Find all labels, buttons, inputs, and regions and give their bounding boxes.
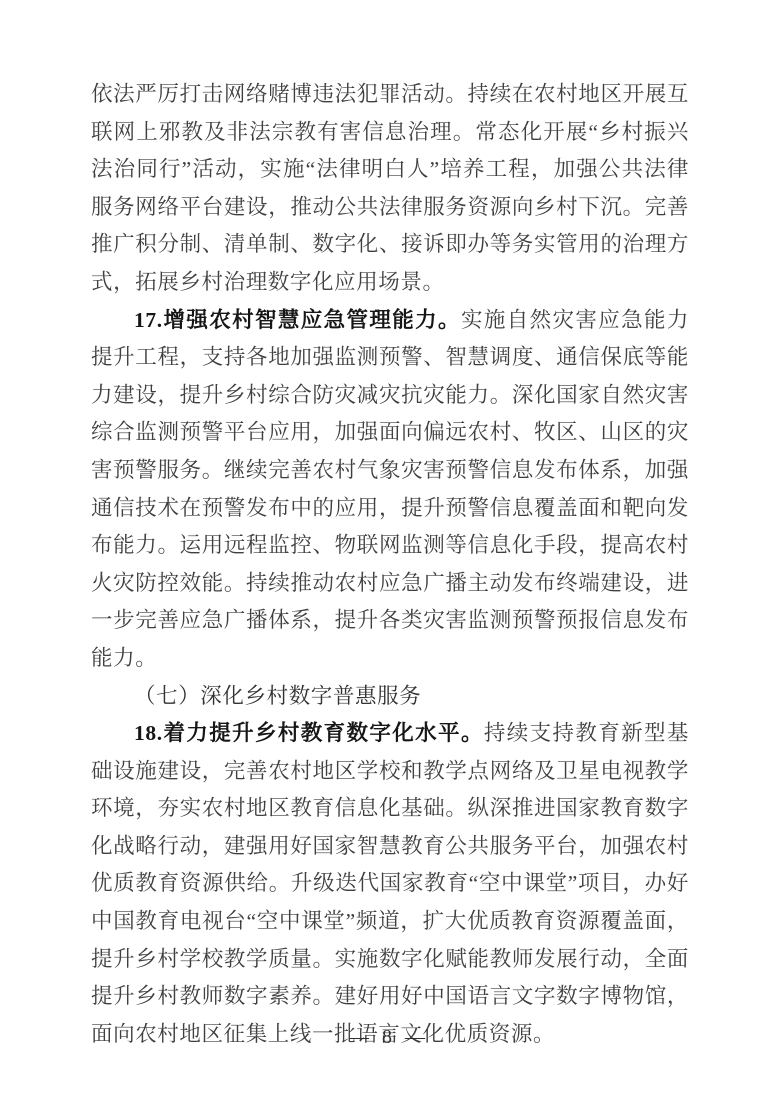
document-body: 依法严厉打击网络赌博违法犯罪活动。持续在农村地区开展互联网上邪教及非法宗教有害信…: [91, 76, 689, 1053]
paragraph-continuation-text: 依法严厉打击网络赌博违法犯罪活动。持续在农村地区开展互联网上邪教及非法宗教有害信…: [91, 82, 689, 294]
page-number-label: — 8 —: [349, 1026, 429, 1048]
item-18-text: 持续支持教育新型基础设施建设，完善农村地区学校和教学点网络及卫星电视教学环境，夯…: [91, 721, 689, 1046]
page-footer: — 8 —: [0, 1026, 778, 1049]
document-page: 依法严厉打击网络赌博违法犯罪活动。持续在农村地区开展互联网上邪教及非法宗教有害信…: [0, 0, 778, 1101]
paragraph-continuation: 依法严厉打击网络赌博违法犯罪活动。持续在农村地区开展互联网上邪教及非法宗教有害信…: [91, 76, 689, 302]
paragraph-item-17: 17.增强农村智慧应急管理能力。实施自然灾害应急能力提升工程，支持各地加强监测预…: [91, 302, 689, 678]
section-heading-text: （七）深化乡村数字普惠服务: [134, 684, 421, 708]
paragraph-item-18: 18.着力提升乡村教育数字化水平。持续支持教育新型基础设施建设，完善农村地区学校…: [91, 715, 689, 1053]
item-18-heading: 18.着力提升乡村教育数字化水平。: [134, 721, 484, 745]
item-17-heading: 17.增强农村智慧应急管理能力。: [134, 308, 461, 332]
section-heading-seven: （七）深化乡村数字普惠服务: [91, 678, 689, 716]
item-17-text: 实施自然灾害应急能力提升工程，支持各地加强监测预警、智慧调度、通信保底等能力建设…: [91, 308, 689, 670]
